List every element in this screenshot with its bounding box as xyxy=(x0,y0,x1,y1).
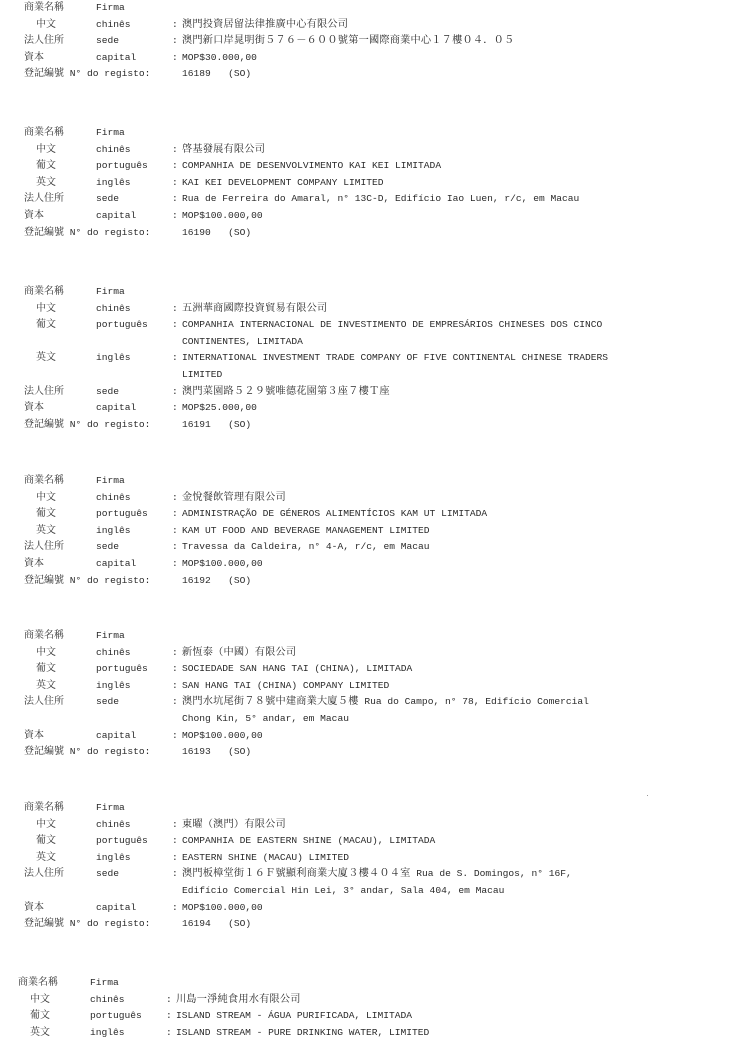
capital-value: MOP$30.000,00 xyxy=(182,50,257,67)
separator-colon: : xyxy=(172,350,178,367)
chinese-label-cn: 中文 xyxy=(36,645,56,662)
capital-row: 資本 capital : MOP$100.000,00 xyxy=(0,208,742,225)
firm-heading-row: 商業名稱 Firma xyxy=(0,628,742,645)
registry-page: 商業名稱 Firma 中文 chinês : 澳門投資居留法律推廣中心有限公司 … xyxy=(0,0,742,1064)
portuguese-name-row: 葡文 português : COMPANHIA DE DESENVOLVIME… xyxy=(0,158,742,175)
sede-label-pt: sede xyxy=(96,866,119,883)
portuguese-name-value: SOCIEDADE SAN HANG TAI (CHINA), LIMITADA xyxy=(182,661,412,678)
firm-heading-row: 商業名稱 Firma xyxy=(0,800,742,817)
chinese-name-value: 川島一淨純食用水有限公司 xyxy=(176,992,301,1009)
chinese-label-cn: 中文 xyxy=(30,992,50,1009)
capital-label-cn: 資本 xyxy=(24,556,44,573)
registry-row: 登記編號 N° do registo: 16190 (SO) xyxy=(0,225,742,242)
chinese-label-pt: chinês xyxy=(96,301,131,318)
separator-colon: : xyxy=(172,556,178,573)
registry-label: 登記編號 N° do registo: xyxy=(24,916,150,933)
firm-label-cn: 商業名稱 xyxy=(24,628,64,645)
english-label-pt: inglês xyxy=(96,350,131,367)
chinese-label-pt: chinês xyxy=(90,992,125,1009)
separator-colon: : xyxy=(172,661,178,678)
firm-label-cn: 商業名稱 xyxy=(24,284,64,301)
sede-value-line2: Chong Kin, 5° andar, em Macau xyxy=(182,711,349,728)
chinese-label-cn: 中文 xyxy=(36,817,56,834)
portuguese-label-cn: 葡文 xyxy=(36,506,56,523)
registry-label: 登記編號 N° do registo: xyxy=(24,417,150,434)
chinese-label-pt: chinês xyxy=(96,142,131,159)
english-name-value: EASTERN SHINE (MACAU) LIMITED xyxy=(182,850,349,867)
portuguese-label-cn: 葡文 xyxy=(36,833,56,850)
portuguese-name-value: COMPANHIA INTERNACIONAL DE INVESTIMENTO … xyxy=(182,317,602,334)
separator-colon: : xyxy=(172,142,178,159)
sede-row: 法人住所 sede : Travessa da Caldeira, n° 4-A… xyxy=(0,539,742,556)
registry-number: 16189 (SO) xyxy=(182,66,251,83)
company-entry-16192: 商業名稱 Firma 中文 chinês : 金悅餐飲管理有限公司 葡文 por… xyxy=(0,473,742,589)
sede-continuation: Edifício Comercial Hin Lei, 3° andar, Sa… xyxy=(0,883,742,900)
sede-value: 澳門菜園路５２９號唯德花園第３座７樓Ｔ座 xyxy=(182,384,390,401)
capital-value: MOP$100.000,00 xyxy=(182,208,263,225)
capital-value: MOP$25.000,00 xyxy=(182,400,257,417)
registry-row: 登記編號 N° do registo: 16194 (SO) xyxy=(0,916,742,933)
separator-colon: : xyxy=(172,833,178,850)
chinese-name-value: 五洲華商國際投資貿易有限公司 xyxy=(182,301,327,318)
chinese-label-pt: chinês xyxy=(96,17,131,34)
registry-label: 登記編號 N° do registo: xyxy=(24,744,150,761)
firm-label-pt: Firma xyxy=(96,800,125,817)
registry-row: 登記編號 N° do registo: 16191 (SO) xyxy=(0,417,742,434)
english-label-cn: 英文 xyxy=(30,1025,50,1042)
portuguese-name-value: COMPANHIA DE EASTERN SHINE (MACAU), LIMI… xyxy=(182,833,435,850)
chinese-label-pt: chinês xyxy=(96,490,131,507)
sede-row: 法人住所 sede : 澳門板樟堂街１６Ｆ號顯利商業大廈３樓４０４室 Rua d… xyxy=(0,866,742,883)
chinese-name-row: 中文 chinês : 啓基發展有限公司 xyxy=(0,142,742,159)
english-label-cn: 英文 xyxy=(36,175,56,192)
capital-row: 資本 capital : MOP$100.000,00 xyxy=(0,900,742,917)
separator-colon: : xyxy=(172,301,178,318)
separator-colon: : xyxy=(172,33,178,50)
firm-label-cn: 商業名稱 xyxy=(24,125,64,142)
sede-label-cn: 法人住所 xyxy=(24,191,64,208)
firm-label-pt: Firma xyxy=(96,125,125,142)
portuguese-label-cn: 葡文 xyxy=(36,158,56,175)
separator-colon: : xyxy=(172,728,178,745)
portuguese-name-continuation: CONTINENTES, LIMITADA xyxy=(0,334,742,351)
portuguese-name-row: 葡文 português : ADMINISTRAÇÃO DE GÉNEROS … xyxy=(0,506,742,523)
chinese-name-row: 中文 chinês : 澳門投資居留法律推廣中心有限公司 xyxy=(0,17,742,34)
separator-colon: : xyxy=(172,866,178,883)
capital-row: 資本 capital : MOP$100.000,00 xyxy=(0,728,742,745)
english-name-value: KAM UT FOOD AND BEVERAGE MANAGEMENT LIMI… xyxy=(182,523,430,540)
portuguese-label-cn: 葡文 xyxy=(36,317,56,334)
english-name-row: 英文 inglês : KAI KEI DEVELOPMENT COMPANY … xyxy=(0,175,742,192)
separator-colon: : xyxy=(166,1008,172,1025)
portuguese-name-value: ISLAND STREAM - ÁGUA PURIFICADA, LIMITAD… xyxy=(176,1008,412,1025)
portuguese-name-value: ADMINISTRAÇÃO DE GÉNEROS ALIMENTÍCIOS KA… xyxy=(182,506,487,523)
portuguese-name-row: 葡文 português : SOCIEDADE SAN HANG TAI (C… xyxy=(0,661,742,678)
sede-label-cn: 法人住所 xyxy=(24,694,64,711)
capital-label-pt: capital xyxy=(96,208,136,225)
sede-value: Travessa da Caldeira, n° 4-A, r/c, em Ma… xyxy=(182,539,430,556)
scan-speck xyxy=(647,795,648,796)
sede-row: 法人住所 sede : 澳門新口岸晁明街５７６－６００號第一國際商業中心１７樓０… xyxy=(0,33,742,50)
capital-label-pt: capital xyxy=(96,50,136,67)
sede-label-cn: 法人住所 xyxy=(24,33,64,50)
english-label-pt: inglês xyxy=(96,523,131,540)
english-label-pt: inglês xyxy=(90,1025,125,1042)
firm-heading-row: 商業名稱 Firma xyxy=(0,125,742,142)
firm-label-cn: 商業名稱 xyxy=(24,0,64,17)
separator-colon: : xyxy=(172,817,178,834)
capital-value: MOP$100.000,00 xyxy=(182,556,263,573)
capital-label-pt: capital xyxy=(96,400,136,417)
separator-colon: : xyxy=(172,506,178,523)
portuguese-name-value-line2: CONTINENTES, LIMITADA xyxy=(182,334,303,351)
sede-value: 澳門板樟堂街１６Ｆ號顯利商業大廈３樓４０４室 Rua de S. Domingo… xyxy=(182,866,572,883)
firm-heading-row: 商業名稱 Firma xyxy=(0,975,742,992)
english-name-row: 英文 inglês : KAM UT FOOD AND BEVERAGE MAN… xyxy=(0,523,742,540)
separator-colon: : xyxy=(172,694,178,711)
registry-number: 16191 (SO) xyxy=(182,417,251,434)
firm-label-cn: 商業名稱 xyxy=(24,473,64,490)
english-name-row: 英文 inglês : EASTERN SHINE (MACAU) LIMITE… xyxy=(0,850,742,867)
registry-number: 16190 (SO) xyxy=(182,225,251,242)
portuguese-label-pt: português xyxy=(96,833,148,850)
portuguese-name-row: 葡文 português : ISLAND STREAM - ÁGUA PURI… xyxy=(0,1008,742,1025)
firm-label-pt: Firma xyxy=(96,473,125,490)
company-entry-16190: 商業名稱 Firma 中文 chinês : 啓基發展有限公司 葡文 portu… xyxy=(0,125,742,241)
firm-label-pt: Firma xyxy=(96,0,125,17)
portuguese-label-pt: português xyxy=(96,317,148,334)
separator-colon: : xyxy=(172,17,178,34)
separator-colon: : xyxy=(172,384,178,401)
portuguese-label-cn: 葡文 xyxy=(30,1008,50,1025)
company-entry-16193: 商業名稱 Firma 中文 chinês : 新恆泰（中國）有限公司 葡文 po… xyxy=(0,628,742,761)
registry-row: 登記編號 N° do registo: 16192 (SO) xyxy=(0,573,742,590)
english-name-continuation: LIMITED xyxy=(0,367,742,384)
capital-row: 資本 capital : MOP$25.000,00 xyxy=(0,400,742,417)
english-label-cn: 英文 xyxy=(36,523,56,540)
english-name-value: ISLAND STREAM - PURE DRINKING WATER, LIM… xyxy=(176,1025,429,1042)
chinese-label-pt: chinês xyxy=(96,817,131,834)
firm-label-pt: Firma xyxy=(90,975,119,992)
sede-label-pt: sede xyxy=(96,384,119,401)
english-name-row: 英文 inglês : INTERNATIONAL INVESTMENT TRA… xyxy=(0,350,742,367)
chinese-name-row: 中文 chinês : 東曜（澳門）有限公司 xyxy=(0,817,742,834)
sede-label-cn: 法人住所 xyxy=(24,384,64,401)
separator-colon: : xyxy=(172,523,178,540)
sede-value-line2: Edifício Comercial Hin Lei, 3° andar, Sa… xyxy=(182,883,504,900)
firm-label-cn: 商業名稱 xyxy=(18,975,58,992)
separator-colon: : xyxy=(172,490,178,507)
chinese-label-cn: 中文 xyxy=(36,490,56,507)
sede-continuation: Chong Kin, 5° andar, em Macau xyxy=(0,711,742,728)
registry-number: 16193 (SO) xyxy=(182,744,251,761)
separator-colon: : xyxy=(172,645,178,662)
capital-label-pt: capital xyxy=(96,728,136,745)
portuguese-label-pt: português xyxy=(90,1008,142,1025)
chinese-name-row: 中文 chinês : 川島一淨純食用水有限公司 xyxy=(0,992,742,1009)
company-entry-partial: 商業名稱 Firma 中文 chinês : 川島一淨純食用水有限公司 葡文 p… xyxy=(0,975,742,1041)
english-label-pt: inglês xyxy=(96,850,131,867)
english-name-row: 英文 inglês : SAN HANG TAI (CHINA) COMPANY… xyxy=(0,678,742,695)
registry-number: 16192 (SO) xyxy=(182,573,251,590)
chinese-label-cn: 中文 xyxy=(36,301,56,318)
separator-colon: : xyxy=(172,900,178,917)
portuguese-name-row: 葡文 português : COMPANHIA INTERNACIONAL D… xyxy=(0,317,742,334)
chinese-label-cn: 中文 xyxy=(36,142,56,159)
english-label-pt: inglês xyxy=(96,678,131,695)
chinese-name-value: 澳門投資居留法律推廣中心有限公司 xyxy=(182,17,348,34)
capital-value: MOP$100.000,00 xyxy=(182,728,263,745)
portuguese-name-row: 葡文 português : COMPANHIA DE EASTERN SHIN… xyxy=(0,833,742,850)
sede-row: 法人住所 sede : 澳門水坑尾街７８號中建商業大廈５樓 Rua do Cam… xyxy=(0,694,742,711)
registry-row: 登記編號 N° do registo: 16189 (SO) xyxy=(0,66,742,83)
english-name-row: 英文 inglês : ISLAND STREAM - PURE DRINKIN… xyxy=(0,1025,742,1042)
separator-colon: : xyxy=(172,400,178,417)
separator-colon: : xyxy=(172,158,178,175)
english-label-pt: inglês xyxy=(96,175,131,192)
portuguese-name-value: COMPANHIA DE DESENVOLVIMENTO KAI KEI LIM… xyxy=(182,158,441,175)
firm-label-pt: Firma xyxy=(96,628,125,645)
capital-row: 資本 capital : MOP$100.000,00 xyxy=(0,556,742,573)
chinese-name-value: 啓基發展有限公司 xyxy=(182,142,265,159)
sede-label-pt: sede xyxy=(96,33,119,50)
sede-row: 法人住所 sede : Rua de Ferreira do Amaral, n… xyxy=(0,191,742,208)
separator-colon: : xyxy=(172,208,178,225)
capital-value: MOP$100.000,00 xyxy=(182,900,263,917)
company-entry-16194: 商業名稱 Firma 中文 chinês : 東曜（澳門）有限公司 葡文 por… xyxy=(0,800,742,933)
english-name-value: KAI KEI DEVELOPMENT COMPANY LIMITED xyxy=(182,175,384,192)
portuguese-label-pt: português xyxy=(96,506,148,523)
capital-label-cn: 資本 xyxy=(24,208,44,225)
capital-row: 資本 capital : MOP$30.000,00 xyxy=(0,50,742,67)
registry-label: 登記編號 N° do registo: xyxy=(24,225,150,242)
portuguese-label-pt: português xyxy=(96,158,148,175)
separator-colon: : xyxy=(172,317,178,334)
chinese-name-row: 中文 chinês : 新恆泰（中國）有限公司 xyxy=(0,645,742,662)
sede-value: 澳門水坑尾街７８號中建商業大廈５樓 Rua do Campo, n° 78, E… xyxy=(182,694,589,711)
company-entry-16191: 商業名稱 Firma 中文 chinês : 五洲華商國際投資貿易有限公司 葡文… xyxy=(0,284,742,433)
firm-heading-row: 商業名稱 Firma xyxy=(0,0,742,17)
english-name-value: INTERNATIONAL INVESTMENT TRADE COMPANY O… xyxy=(182,350,608,367)
sede-row: 法人住所 sede : 澳門菜園路５２９號唯德花園第３座７樓Ｔ座 xyxy=(0,384,742,401)
separator-colon: : xyxy=(166,992,172,1009)
english-label-cn: 英文 xyxy=(36,350,56,367)
separator-colon: : xyxy=(172,175,178,192)
separator-colon: : xyxy=(166,1025,172,1042)
chinese-name-value: 東曜（澳門）有限公司 xyxy=(182,817,286,834)
english-name-value-line2: LIMITED xyxy=(182,367,222,384)
portuguese-label-pt: português xyxy=(96,661,148,678)
capital-label-cn: 資本 xyxy=(24,728,44,745)
sede-label-pt: sede xyxy=(96,539,119,556)
company-entry-16189: 商業名稱 Firma 中文 chinês : 澳門投資居留法律推廣中心有限公司 … xyxy=(0,0,742,83)
registry-label: 登記編號 N° do registo: xyxy=(24,66,150,83)
chinese-label-cn: 中文 xyxy=(36,17,56,34)
capital-label-cn: 資本 xyxy=(24,400,44,417)
chinese-name-value: 新恆泰（中國）有限公司 xyxy=(182,645,296,662)
sede-value: Rua de Ferreira do Amaral, n° 13C-D, Edi… xyxy=(182,191,579,208)
capital-label-cn: 資本 xyxy=(24,50,44,67)
firm-heading-row: 商業名稱 Firma xyxy=(0,473,742,490)
portuguese-label-cn: 葡文 xyxy=(36,661,56,678)
sede-label-cn: 法人住所 xyxy=(24,866,64,883)
firm-heading-row: 商業名稱 Firma xyxy=(0,284,742,301)
capital-label-pt: capital xyxy=(96,900,136,917)
sede-label-pt: sede xyxy=(96,191,119,208)
chinese-name-row: 中文 chinês : 金悅餐飲管理有限公司 xyxy=(0,490,742,507)
capital-label-pt: capital xyxy=(96,556,136,573)
english-name-value: SAN HANG TAI (CHINA) COMPANY LIMITED xyxy=(182,678,389,695)
sede-value: 澳門新口岸晁明街５７６－６００號第一國際商業中心１７樓０４．０５ xyxy=(182,33,514,50)
sede-label-pt: sede xyxy=(96,694,119,711)
firm-label-pt: Firma xyxy=(96,284,125,301)
chinese-name-row: 中文 chinês : 五洲華商國際投資貿易有限公司 xyxy=(0,301,742,318)
firm-label-cn: 商業名稱 xyxy=(24,800,64,817)
capital-label-cn: 資本 xyxy=(24,900,44,917)
sede-label-cn: 法人住所 xyxy=(24,539,64,556)
registry-row: 登記編號 N° do registo: 16193 (SO) xyxy=(0,744,742,761)
separator-colon: : xyxy=(172,50,178,67)
separator-colon: : xyxy=(172,191,178,208)
registry-label: 登記編號 N° do registo: xyxy=(24,573,150,590)
separator-colon: : xyxy=(172,539,178,556)
chinese-label-pt: chinês xyxy=(96,645,131,662)
english-label-cn: 英文 xyxy=(36,678,56,695)
chinese-name-value: 金悅餐飲管理有限公司 xyxy=(182,490,286,507)
registry-number: 16194 (SO) xyxy=(182,916,251,933)
separator-colon: : xyxy=(172,850,178,867)
separator-colon: : xyxy=(172,678,178,695)
english-label-cn: 英文 xyxy=(36,850,56,867)
